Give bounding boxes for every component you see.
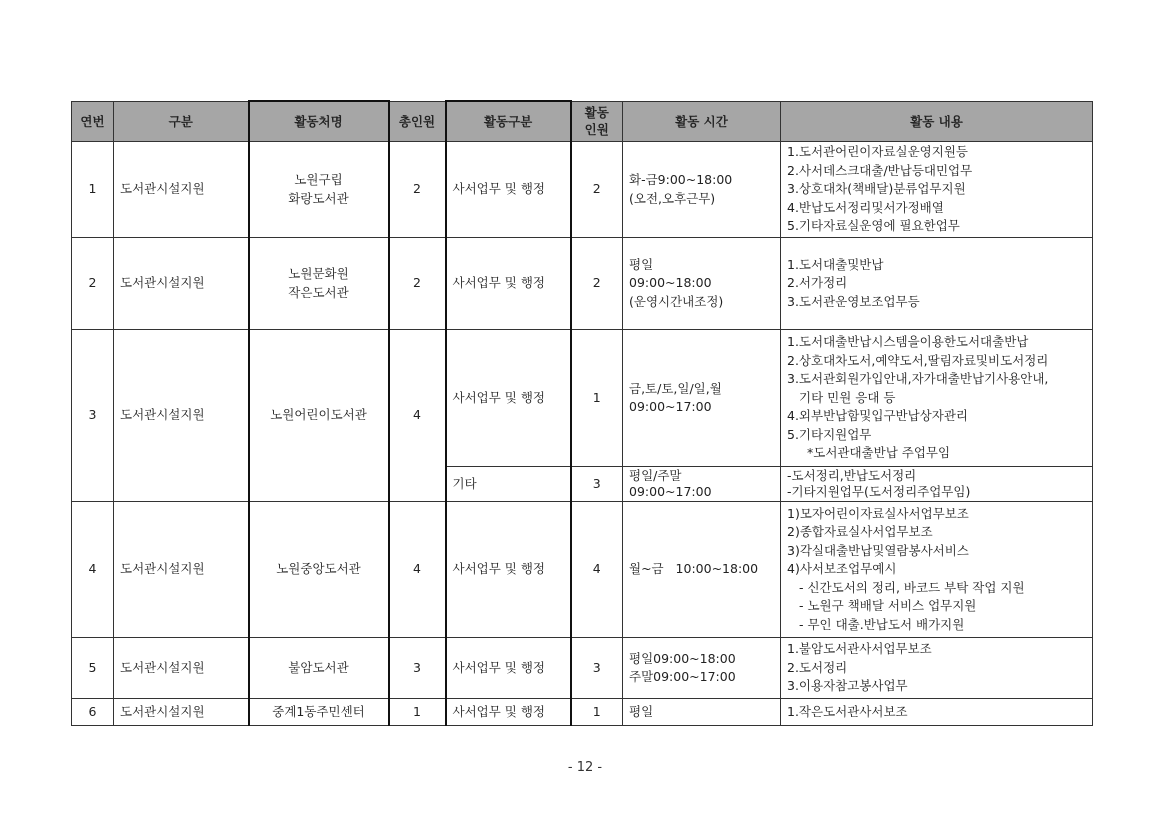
- cell-place: 중계1동주민센터: [249, 699, 389, 726]
- header-activity-people-line1: 활동: [576, 104, 619, 121]
- content-line: 기타 민원 응대 등: [787, 389, 1088, 408]
- cell-type: 사서업무 및 행정: [446, 638, 571, 699]
- cell-total: 3: [389, 638, 446, 699]
- content-line: 3.상호대차(책배달)분류업무지원: [787, 180, 1088, 199]
- cell-category: 도서관시설지원: [114, 638, 249, 699]
- content-line: 1.도서대출및반납: [787, 256, 1088, 275]
- cell-type: 사서업무 및 행정: [446, 699, 571, 726]
- place-line: 화랑도서관: [254, 190, 384, 209]
- cell-content: 1.작은도서관사서보조: [781, 699, 1093, 726]
- cell-no: 2: [72, 238, 114, 330]
- cell-no: 1: [72, 142, 114, 238]
- cell-no: 6: [72, 699, 114, 726]
- table-row: 4 도서관시설지원 노원중앙도서관 4 사서업무 및 행정 4 월~금 10:0…: [72, 502, 1093, 638]
- content-line: 4.반납도서정리및서가정배열: [787, 199, 1088, 218]
- cell-type: 사서업무 및 행정: [446, 330, 571, 467]
- cell-total: 2: [389, 238, 446, 330]
- time-line: 평일09:00~18:00: [629, 650, 776, 669]
- header-activity-type: 활동구분: [446, 101, 571, 142]
- cell-place: 불암도서관: [249, 638, 389, 699]
- cell-time: 월~금 10:00~18:00: [623, 502, 781, 638]
- content-line: -기타지원업무(도서정리주업무임): [787, 484, 1088, 500]
- table-row: 2 도서관시설지원 노원문화원 작은도서관 2 사서업무 및 행정 2 평일 0…: [72, 238, 1093, 330]
- content-line: 3.도서관운영보조업무등: [787, 293, 1088, 312]
- cell-content: 1.불암도서관사서업무보조 2.도서정리 3.이용자참고봉사업무: [781, 638, 1093, 699]
- cell-total: 1: [389, 699, 446, 726]
- content-line: 2.도서정리: [787, 659, 1088, 678]
- content-line: 1)모자어린이자료실사서업무보조: [787, 505, 1088, 524]
- header-no: 연번: [72, 101, 114, 142]
- header-content: 활동 내용: [781, 101, 1093, 142]
- cell-no: 3: [72, 330, 114, 502]
- content-line: 5.기타자료실운영에 필요한업무: [787, 217, 1088, 236]
- content-line: *도서관대출반납 주업무임: [787, 444, 1088, 463]
- content-line: 1.도서관어린이자료실운영지원등: [787, 143, 1088, 162]
- cell-content: 1.도서대출및반납 2.서가정리 3.도서관운영보조업무등: [781, 238, 1093, 330]
- header-category: 구분: [114, 101, 249, 142]
- cell-type: 기타: [446, 467, 571, 502]
- cell-total: 2: [389, 142, 446, 238]
- cell-category: 도서관시설지원: [114, 142, 249, 238]
- table-row: 1 도서관시설지원 노원구립 화랑도서관 2 사서업무 및 행정 2 화-금9:…: [72, 142, 1093, 238]
- time-line: 09:00~17:00: [629, 484, 776, 500]
- table-row: 5 도서관시설지원 불암도서관 3 사서업무 및 행정 3 평일09:00~18…: [72, 638, 1093, 699]
- cell-people: 3: [571, 638, 623, 699]
- cell-type: 사서업무 및 행정: [446, 142, 571, 238]
- cell-place: 노원구립 화랑도서관: [249, 142, 389, 238]
- cell-place: 노원중앙도서관: [249, 502, 389, 638]
- cell-people: 3: [571, 467, 623, 502]
- cell-time: 평일: [623, 699, 781, 726]
- cell-category: 도서관시설지원: [114, 238, 249, 330]
- cell-people: 4: [571, 502, 623, 638]
- cell-place: 노원문화원 작은도서관: [249, 238, 389, 330]
- cell-no: 5: [72, 638, 114, 699]
- content-line: 3)각실대출반납및열람봉사서비스: [787, 542, 1088, 561]
- content-line: -도서정리,반납도서정리: [787, 468, 1088, 484]
- activity-table: 연번 구분 활동처명 총인원 활동구분 활동 인원 활동 시간 활동 내용 1 …: [71, 100, 1093, 726]
- content-line: 4.외부반납함및입구반납상자관리: [787, 407, 1088, 426]
- cell-time: 평일 09:00~18:00 (운영시간내조정): [623, 238, 781, 330]
- cell-category: 도서관시설지원: [114, 699, 249, 726]
- time-line: (운영시간내조정): [629, 293, 776, 312]
- time-line: (오전,오후근무): [629, 190, 776, 209]
- place-line: 작은도서관: [254, 284, 384, 303]
- cell-time: 화-금9:00~18:00 (오전,오후근무): [623, 142, 781, 238]
- content-line: 2.상호대차도서,예약도서,딸림자료및비도서정리: [787, 352, 1088, 371]
- page-number: - 12 -: [0, 760, 1170, 775]
- content-line: 1.불암도서관사서업무보조: [787, 640, 1088, 659]
- header-total: 총인원: [389, 101, 446, 142]
- header-time: 활동 시간: [623, 101, 781, 142]
- content-line: 1.도서대출반납시스템을이용한도서대출반납: [787, 333, 1088, 352]
- table-header-row: 연번 구분 활동처명 총인원 활동구분 활동 인원 활동 시간 활동 내용: [72, 101, 1093, 142]
- cell-people: 2: [571, 238, 623, 330]
- cell-content: 1.도서관어린이자료실운영지원등 2.사서데스크대출/반납등대민업무 3.상호대…: [781, 142, 1093, 238]
- cell-time: 평일/주말 09:00~17:00: [623, 467, 781, 502]
- cell-people: 1: [571, 699, 623, 726]
- time-line: 평일/주말: [629, 468, 776, 484]
- content-line: 4)사서보조업무예시: [787, 560, 1088, 579]
- time-line: 09:00~18:00: [629, 274, 776, 293]
- time-line: 09:00~17:00: [629, 398, 776, 417]
- header-activity-people-line2: 인원: [576, 121, 619, 138]
- content-line: 3.이용자참고봉사업무: [787, 677, 1088, 696]
- content-line: 2.서가정리: [787, 274, 1088, 293]
- content-line: - 무인 대출.반납도서 배가지원: [787, 616, 1088, 635]
- cell-category: 도서관시설지원: [114, 502, 249, 638]
- content-line: - 노원구 책배달 서비스 업무지원: [787, 597, 1088, 616]
- time-line: 화-금9:00~18:00: [629, 171, 776, 190]
- cell-people: 2: [571, 142, 623, 238]
- cell-total: 4: [389, 502, 446, 638]
- cell-place: 노원어린이도서관: [249, 330, 389, 502]
- content-line: 3.도서관회원가입안내,자가대출반납기사용안내,: [787, 370, 1088, 389]
- cell-type: 사서업무 및 행정: [446, 238, 571, 330]
- content-line: 1.작은도서관사서보조: [787, 703, 1088, 722]
- content-line: 2.사서데스크대출/반납등대민업무: [787, 162, 1088, 181]
- place-line: 노원문화원: [254, 265, 384, 284]
- content-line: - 신간도서의 정리, 바코드 부탁 작업 지원: [787, 579, 1088, 598]
- cell-content: 1)모자어린이자료실사서업무보조 2)종합자료실사서업무보조 3)각실대출반납및…: [781, 502, 1093, 638]
- place-line: 노원구립: [254, 171, 384, 190]
- cell-content: 1.도서대출반납시스템을이용한도서대출반납 2.상호대차도서,예약도서,딸림자료…: [781, 330, 1093, 467]
- cell-time: 금,토/토,일/일,월 09:00~17:00: [623, 330, 781, 467]
- content-line: 2)종합자료실사서업무보조: [787, 523, 1088, 542]
- time-line: 주말09:00~17:00: [629, 668, 776, 687]
- table-row: 3 도서관시설지원 노원어린이도서관 4 사서업무 및 행정 1 금,토/토,일…: [72, 330, 1093, 467]
- table-row: 6 도서관시설지원 중계1동주민센터 1 사서업무 및 행정 1 평일 1.작은…: [72, 699, 1093, 726]
- time-line: 평일: [629, 256, 776, 275]
- cell-total: 4: [389, 330, 446, 502]
- cell-people: 1: [571, 330, 623, 467]
- cell-content: -도서정리,반납도서정리 -기타지원업무(도서정리주업무임): [781, 467, 1093, 502]
- cell-time: 평일09:00~18:00 주말09:00~17:00: [623, 638, 781, 699]
- header-activity-people: 활동 인원: [571, 101, 623, 142]
- cell-type: 사서업무 및 행정: [446, 502, 571, 638]
- content-line: 5.기타지원업무: [787, 426, 1088, 445]
- header-place: 활동처명: [249, 101, 389, 142]
- cell-category: 도서관시설지원: [114, 330, 249, 502]
- cell-no: 4: [72, 502, 114, 638]
- time-line: 금,토/토,일/일,월: [629, 380, 776, 399]
